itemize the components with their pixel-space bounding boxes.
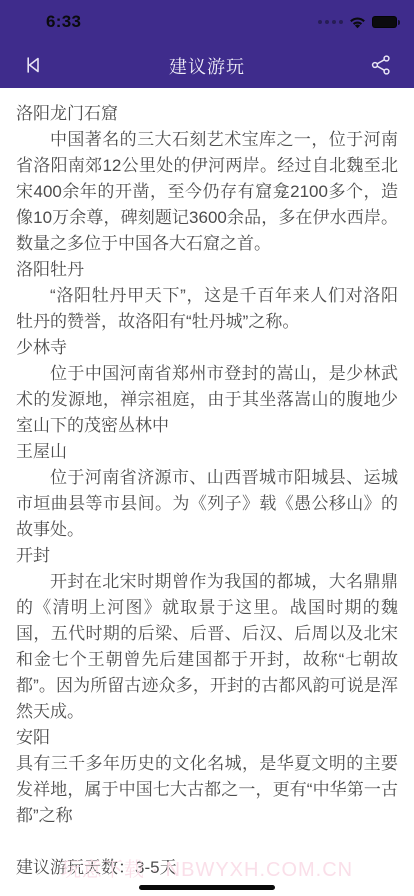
- status-time: 6:33: [32, 12, 81, 32]
- battery-icon: [372, 16, 400, 28]
- section-anyang: 安阳 具有三千多年历史的文化名城，是华夏文明的主要发祥地，属于中国七大古都之一，…: [16, 725, 398, 829]
- section-heading: 少林寺: [16, 335, 398, 361]
- home-indicator[interactable]: [139, 885, 275, 890]
- section-kaifeng: 开封 开封在北宋时期曾作为我国的都城，大名鼎鼎的《清明上河图》就取景于这里。战国…: [16, 543, 398, 725]
- wifi-icon: [349, 16, 366, 29]
- section-wangwu-mountain: 王屋山 位于河南省济源市、山西晋城市阳城县、运城市垣曲县等市县间。为《列子》载《…: [16, 439, 398, 543]
- section-body: “洛阳牡丹甲天下”，这是千百年来人们对洛阳牡丹的赞誉，故洛阳有“牡丹城”之称。: [16, 283, 398, 335]
- section-heading: 洛阳龙门石窟: [16, 101, 398, 127]
- section-body: 开封在北宋时期曾作为我国的都城，大名鼎鼎的《清明上河图》就取景于这里。战国时期的…: [16, 569, 398, 725]
- section-body: 位于河南省济源市、山西晋城市阳城县、运城市垣曲县等市县间。为《列子》载《愚公移山…: [16, 465, 398, 543]
- skip-back-icon: [21, 53, 45, 80]
- section-body: 具有三千多年历史的文化名城，是华夏文明的主要发祥地，属于中国七大古都之一，更有“…: [16, 751, 398, 829]
- cellular-dots-icon: [318, 20, 343, 24]
- section-body: 中国著名的三大石刻艺术宝库之一，位于河南省洛阳南郊12公里处的伊河两岸。经过自北…: [16, 127, 398, 257]
- article-content[interactable]: 洛阳龙门石窟 中国著名的三大石刻艺术宝库之一，位于河南省洛阳南郊12公里处的伊河…: [0, 88, 414, 896]
- section-longmen-grottoes: 洛阳龙门石窟 中国著名的三大石刻艺术宝库之一，位于河南省洛阳南郊12公里处的伊河…: [16, 101, 398, 257]
- section-heading: 安阳: [16, 725, 398, 751]
- section-shaolin-temple: 少林寺 位于中国河南省郑州市登封的嵩山，是少林武术的发源地，禅宗祖庭，由于其坐落…: [16, 335, 398, 439]
- suggested-days: 建议游玩天数：3-5天: [16, 855, 398, 881]
- back-button[interactable]: [16, 49, 50, 83]
- app-screen: 6:33: [0, 0, 414, 896]
- share-icon: [369, 53, 393, 80]
- section-body: 位于中国河南省郑州市登封的嵩山，是少林武术的发源地，禅宗祖庭，由于其坐落嵩山的腹…: [16, 361, 398, 439]
- section-luoyang-peony: 洛阳牡丹 “洛阳牡丹甲天下”，这是千百年来人们对洛阳牡丹的赞誉，故洛阳有“牡丹城…: [16, 257, 398, 335]
- page-title: 建议游玩: [50, 53, 364, 79]
- section-heading: 开封: [16, 543, 398, 569]
- section-heading: 王屋山: [16, 439, 398, 465]
- status-bar: 6:33: [0, 0, 414, 44]
- section-heading: 洛阳牡丹: [16, 257, 398, 283]
- status-icons: [318, 16, 400, 29]
- nav-bar: 建议游玩: [0, 44, 414, 88]
- share-button[interactable]: [364, 49, 398, 83]
